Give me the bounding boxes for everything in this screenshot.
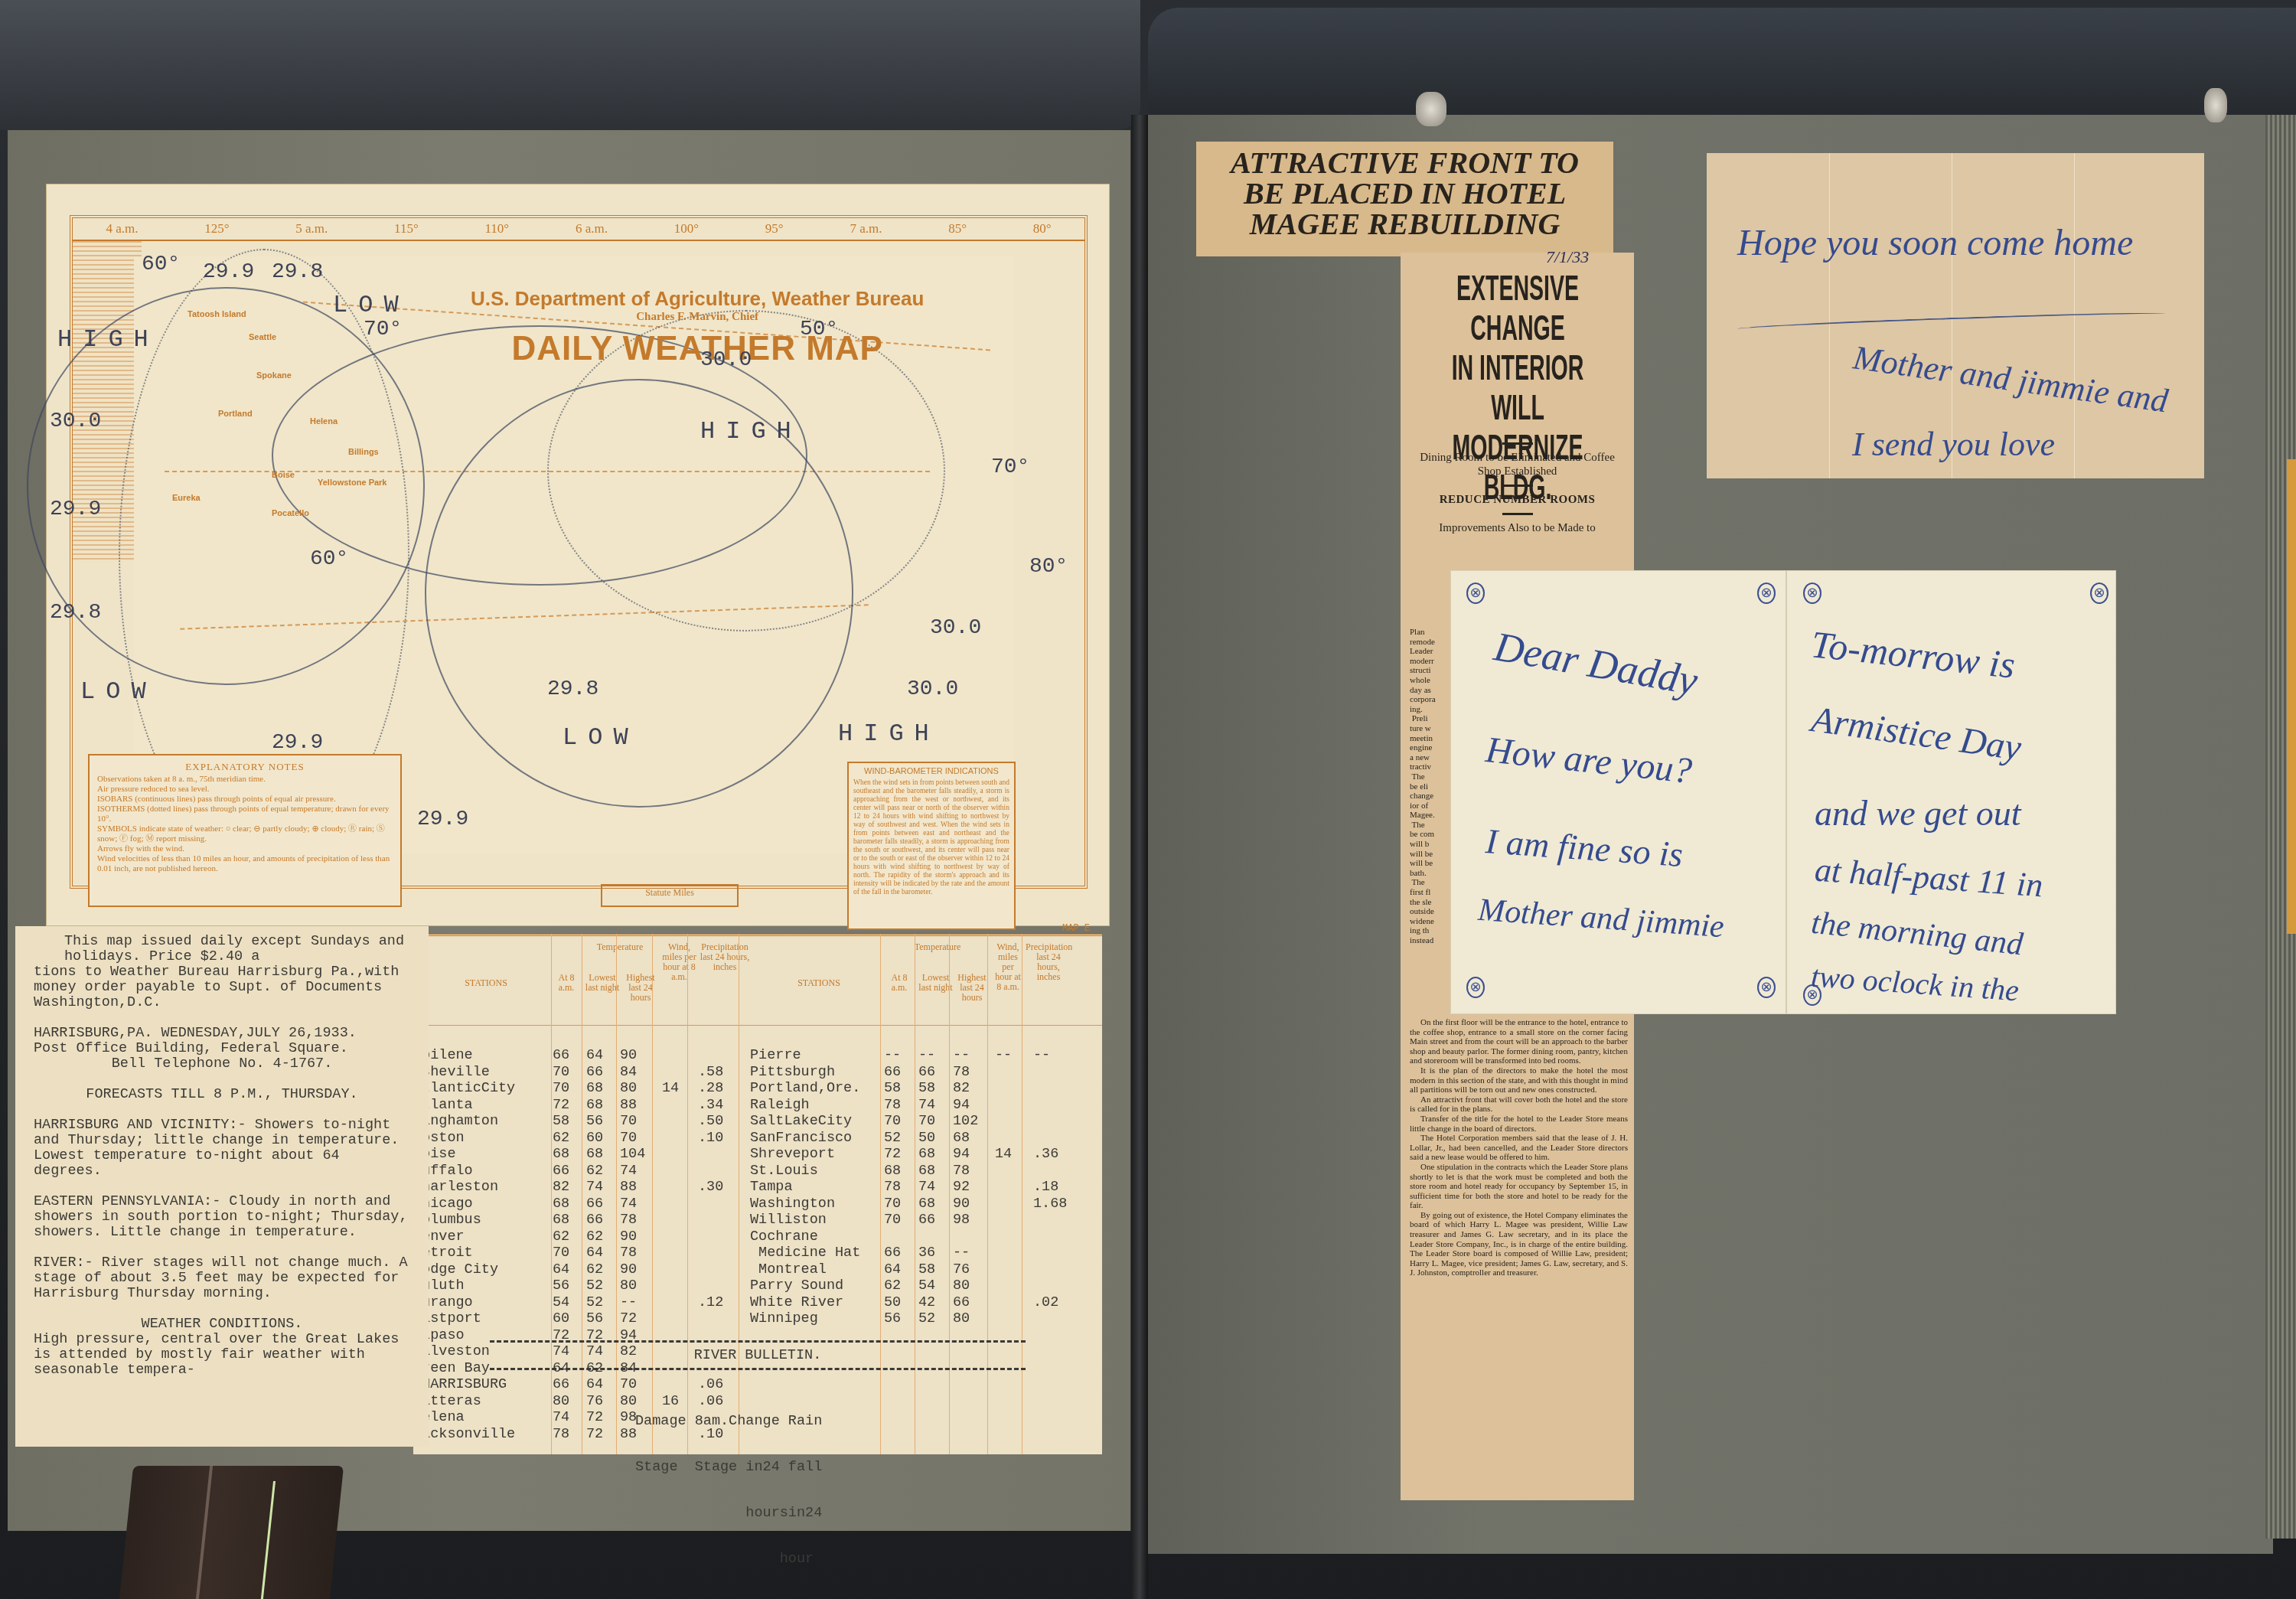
temp-lowest: 62 [586, 1163, 603, 1178]
conditions-header: WEATHER CONDITIONS. [34, 1317, 410, 1332]
wind-speed: 14 [995, 1146, 1012, 1161]
notes-line: Observations taken at 8 a. m., 75th meri… [97, 775, 393, 785]
temp-lowest: -- [918, 1047, 935, 1062]
kiss-mark-icon: ⊗ [1757, 582, 1776, 604]
temp-lowest: 74 [918, 1097, 935, 1112]
temp-lowest: 74 [918, 1179, 935, 1194]
river-bulletin-headers: Damage 8am.Change Rain Stage Stage in24 … [635, 1383, 822, 1597]
note-line: I send you love [1852, 425, 2055, 464]
temp-at-8am: 60 [553, 1310, 569, 1326]
temp-highest: 88 [620, 1097, 637, 1112]
temp-at-8am: 68 [884, 1163, 901, 1178]
temp-highest: 92 [953, 1179, 970, 1194]
temperature-label: 50° [800, 318, 838, 341]
map-title: DAILY WEATHER MAP [471, 330, 924, 368]
temp-at-8am: 70 [553, 1080, 569, 1095]
pressure-label: 29.9 [272, 731, 323, 755]
notes-line: SYMBOLS indicate state of weather: ○ cle… [97, 824, 393, 844]
header-temperature: Temperature [888, 942, 987, 952]
station-name: Medicine Hat [750, 1245, 860, 1260]
weather-map-clipping: 4 a.m. 125° 5 a.m. 115° 110° 6 a.m. 100°… [46, 184, 1110, 926]
temp-lowest: 68 [586, 1080, 603, 1095]
station-observations-table: MAP E STATIONS Temperature At 8 a.m. Low… [413, 934, 1102, 1454]
pressure-label: 29.9 [50, 498, 101, 521]
header-highest: Highest last 24 hours [621, 973, 660, 1003]
scale-label: 85° [948, 221, 967, 237]
article-body: On the first floor will be the entrance … [1410, 1018, 1628, 1278]
forecast-header: FORECASTS TILL 8 P.M., THURSDAY. [34, 1087, 410, 1102]
temp-at-8am: 62 [553, 1130, 569, 1145]
temp-highest: 80 [620, 1080, 637, 1095]
map-time-scale: 4 a.m. 125° 5 a.m. 115° 110° 6 a.m. 100°… [73, 218, 1084, 241]
precipitation: .02 [1033, 1294, 1058, 1310]
scale-label: 100° [674, 221, 699, 237]
pressure-label: 30.0 [930, 616, 981, 640]
temp-at-8am: 68 [553, 1196, 569, 1211]
station-name: Raleigh [750, 1097, 810, 1112]
station-name: Parry Sound [750, 1278, 843, 1293]
temp-highest: 84 [620, 1064, 637, 1079]
city-label: Spokane [256, 371, 292, 380]
temp-at-8am: 82 [553, 1179, 569, 1194]
river-bulletin-title: RIVER BULLETIN. [490, 1347, 1026, 1363]
river-forecast: RIVER:- River stages will not change muc… [34, 1255, 410, 1301]
temp-lowest: 68 [918, 1163, 935, 1178]
note-line: Mother and jimmie [1477, 892, 1726, 945]
temp-highest: 104 [620, 1146, 645, 1161]
eastern-pa-forecast: EASTERN PENNSYLVANIA:- Cloudy in north a… [34, 1194, 410, 1240]
article-paragraph: An attractivt front that will cover both… [1410, 1095, 1628, 1114]
temp-lowest: 62 [586, 1261, 603, 1277]
scale-label: 95° [765, 221, 784, 237]
temperature-label: 70° [364, 318, 402, 341]
temp-highest: 74 [620, 1196, 637, 1211]
pressure-label: 29.8 [272, 260, 323, 284]
temp-highest: 98 [620, 1409, 637, 1424]
statute-miles-scale: Statute Miles [601, 884, 739, 907]
scrapbook-album: 4 a.m. 125° 5 a.m. 115° 110° 6 a.m. 100°… [0, 0, 2296, 1599]
temperature-label: 60° [310, 547, 348, 571]
wind-speed: 14 [662, 1080, 679, 1095]
dashed-rule [490, 1368, 1026, 1370]
river-header-line: Damage 8am.Change Rain [635, 1414, 822, 1429]
low-pressure-label: LOW [563, 723, 639, 752]
fold-line [1786, 571, 1787, 1013]
temp-highest: 66 [953, 1294, 970, 1310]
temp-highest: 94 [953, 1097, 970, 1112]
temp-at-8am: 68 [553, 1212, 569, 1227]
column-rule [880, 934, 881, 1454]
temp-lowest: 36 [918, 1245, 935, 1260]
deck-line: EXTENSIVE CHANGE [1449, 268, 1587, 348]
temp-at-8am: 70 [884, 1212, 901, 1227]
temp-at-8am: 80 [553, 1393, 569, 1408]
map-chief: Charles F. Marvin, Chief [471, 311, 924, 324]
pressure-label: 30.0 [50, 410, 101, 433]
temperature-label: 60° [142, 253, 180, 276]
river-header-line: hoursin24 [635, 1506, 822, 1521]
temp-at-8am: 70 [553, 1245, 569, 1260]
temp-lowest: 52 [586, 1278, 603, 1293]
temp-lowest: 56 [586, 1310, 603, 1326]
precipitation: .58 [698, 1064, 723, 1079]
station-name: Cochrane [750, 1229, 818, 1244]
station-name: Portland,Ore. [750, 1080, 860, 1095]
scale-label: 5 a.m. [295, 221, 328, 237]
precipitation: .34 [698, 1097, 723, 1112]
temp-lowest: 72 [586, 1409, 603, 1424]
temp-lowest: 50 [918, 1130, 935, 1145]
temp-lowest: 66 [586, 1064, 603, 1079]
obscured-column: Plan remode Leader moderr structi whole … [1410, 628, 1448, 946]
city-label: Yellowstone Park [318, 478, 386, 488]
kiss-mark-icon: ⊗ [1803, 582, 1821, 604]
temp-lowest: 66 [586, 1212, 603, 1227]
temp-lowest: 54 [918, 1278, 935, 1293]
precipitation: .10 [698, 1130, 723, 1145]
article-paragraph: Transfer of the title for the hotel to t… [1410, 1114, 1628, 1134]
precipitation: .36 [1033, 1146, 1058, 1161]
column-rule [551, 934, 552, 1454]
handwritten-note-daddy: ⊗ ⊗ ⊗ ⊗ ⊗ ⊗ ⊗ Dear Daddy How are you? I … [1450, 570, 2116, 1014]
column-rule [1022, 934, 1022, 1454]
temp-highest: 68 [953, 1130, 970, 1145]
temp-highest: 90 [953, 1196, 970, 1211]
temp-lowest: 66 [586, 1196, 603, 1211]
station-name: St.Louis [750, 1163, 818, 1178]
note-line: the morning and [1809, 905, 2024, 964]
note-line: at half-past 11 in [1814, 850, 2044, 906]
temp-highest: 90 [620, 1047, 637, 1062]
station-name: Tampa [750, 1179, 793, 1194]
wind-speed: -- [995, 1047, 1012, 1062]
note-line: How are you? [1484, 729, 1694, 792]
temp-lowest: 68 [918, 1196, 935, 1211]
temp-highest: 80 [953, 1310, 970, 1326]
header-stations: STATIONS [429, 978, 543, 988]
temp-highest: 90 [620, 1229, 637, 1244]
city-label: Pocatello [272, 509, 309, 518]
header-at-8am: At 8 a.m. [884, 973, 915, 993]
temp-highest: 90 [620, 1261, 637, 1277]
note-line: Armistice Day [1809, 698, 2024, 769]
station-name: Shreveport [750, 1146, 835, 1161]
precipitation: .12 [698, 1294, 723, 1310]
temp-at-8am: 70 [884, 1196, 901, 1211]
scale-label: 80° [1033, 221, 1052, 237]
note-line: Dear Daddy [1491, 622, 1701, 705]
temp-highest: 102 [953, 1113, 978, 1128]
explanatory-notes-box: EXPLANATORY NOTES Observations taken at … [88, 754, 402, 907]
handwritten-note-home: Hope you soon come home Mother and jimmi… [1707, 153, 2204, 478]
dashed-rule [490, 1340, 1026, 1343]
notes-line: ISOBARS (continuous lines) pass through … [97, 795, 393, 804]
statute-miles-label: Statute Miles [645, 887, 694, 898]
rule [1502, 485, 1533, 487]
temp-at-8am: 74 [553, 1409, 569, 1424]
temp-at-8am: 66 [553, 1376, 569, 1392]
pressure-label: 30.0 [907, 677, 958, 701]
subdeck: Improvements Also to be Made to [1408, 521, 1626, 535]
temp-at-8am: 66 [553, 1163, 569, 1178]
high-pressure-label: HIGH [838, 720, 940, 748]
temp-at-8am: 68 [553, 1146, 569, 1161]
note-line: Mother and jimmie and [1851, 338, 2170, 420]
city-label: Helena [310, 417, 338, 426]
article-paragraph: The Hotel Corporation members said that … [1410, 1134, 1628, 1163]
rule [1502, 442, 1533, 445]
issue-note: This map issued daily except Sundays and… [34, 934, 410, 964]
temp-at-8am: -- [884, 1047, 901, 1062]
precipitation: .50 [698, 1113, 723, 1128]
river-header-line: Stage Stage in24 fall [635, 1460, 822, 1475]
temp-lowest: 70 [918, 1113, 935, 1128]
column-rule [582, 934, 582, 1454]
temp-lowest: 64 [586, 1047, 603, 1062]
station-name: Montreal [750, 1261, 827, 1277]
temp-at-8am: 64 [553, 1261, 569, 1277]
temp-highest: 72 [620, 1310, 637, 1326]
city-label: Billings [348, 448, 379, 457]
city-label: Seattle [249, 333, 276, 342]
precipitation: 1.68 [1033, 1196, 1067, 1211]
station-name: Pittsburgh [750, 1064, 835, 1079]
map-department: U.S. Department of Agriculture, Weather … [471, 287, 924, 311]
temp-lowest: 66 [918, 1212, 935, 1227]
temp-highest: 78 [953, 1064, 970, 1079]
header-precip: Precipitation last 24 hours, inches [1026, 942, 1071, 982]
headline-line: MAGEE REBUILDING [1204, 209, 1606, 240]
typed-forecast-slip: This map issued daily except Sundays and… [15, 926, 429, 1447]
scale-label: 4 a.m. [106, 221, 138, 237]
header-highest: Highest last 24 hours [953, 973, 991, 1003]
article-paragraph: By going out of existence, the Hotel Com… [1410, 1211, 1628, 1278]
temp-lowest: 68 [586, 1097, 603, 1112]
scale-label: 110° [484, 221, 509, 237]
station-name: SaltLakeCity [750, 1113, 852, 1128]
newspaper-headline: ATTRACTIVE FRONT TO BE PLACED IN HOTEL M… [1196, 142, 1613, 256]
temp-highest: 76 [953, 1261, 970, 1277]
precipitation: .18 [1033, 1179, 1058, 1194]
article-subdecks: Dining Room to be Eliminated and Coffee … [1408, 436, 1626, 535]
column-rule [652, 934, 653, 1454]
temp-lowest: 72 [586, 1426, 603, 1441]
headline-line: ATTRACTIVE FRONT TO [1204, 148, 1606, 178]
temp-at-8am: 50 [884, 1294, 901, 1310]
river-header-line: hour [635, 1552, 822, 1567]
temp-at-8am: 66 [884, 1064, 901, 1079]
kiss-mark-icon: ⊗ [1466, 582, 1485, 604]
column-rule [915, 934, 915, 1454]
album-cover-right [1148, 8, 2296, 130]
kiss-mark-icon: ⊗ [1757, 977, 1776, 998]
column-rule [987, 934, 988, 1454]
temp-lowest: 60 [586, 1130, 603, 1145]
precipitation: -- [1033, 1047, 1050, 1062]
map-letter: MAP E [1062, 923, 1090, 934]
column-rule [739, 934, 739, 1454]
temp-lowest: 52 [586, 1294, 603, 1310]
temp-at-8am: 70 [553, 1064, 569, 1079]
binding-string-icon [2204, 88, 2227, 122]
temp-highest: 78 [620, 1245, 637, 1260]
low-pressure-label: LOW [333, 291, 409, 319]
precipitation: .30 [698, 1179, 723, 1194]
temp-at-8am: 64 [884, 1261, 901, 1277]
temp-highest: 80 [620, 1393, 637, 1408]
pressure-label: 29.8 [50, 601, 101, 625]
temp-highest: 78 [620, 1212, 637, 1227]
precipitation: .28 [698, 1080, 723, 1095]
wind-barometer-title: WIND-BAROMETER INDICATIONS [853, 768, 1009, 776]
handwritten-date: 7/1/33 [1546, 247, 1589, 267]
header-stations: STATIONS [773, 978, 865, 988]
temp-at-8am: 70 [884, 1113, 901, 1128]
office-address: Post Office Building, Federal Square. [34, 1041, 410, 1056]
note-line: and we get out [1815, 793, 2021, 834]
temp-lowest: 68 [586, 1146, 603, 1161]
notes-title: EXPLANATORY NOTES [97, 762, 393, 772]
temp-highest: 98 [953, 1212, 970, 1227]
temp-highest: 70 [620, 1130, 637, 1145]
temp-highest: 70 [620, 1376, 637, 1392]
note-line: To-morrow is [1809, 622, 2017, 687]
temp-highest: -- [953, 1245, 970, 1260]
temp-lowest: 62 [586, 1229, 603, 1244]
pressure-label: 29.9 [203, 260, 254, 284]
header-lowest: Lowest last night [918, 973, 953, 993]
harrisburg-forecast: HARRISBURG AND VICINITY:- Showers to-nig… [34, 1118, 410, 1179]
temp-lowest: 64 [586, 1245, 603, 1260]
wind-barometer-box: WIND-BAROMETER INDICATIONS When the wind… [847, 762, 1016, 930]
temp-at-8am: 58 [884, 1080, 901, 1095]
temp-at-8am: 56 [884, 1310, 901, 1326]
header-wind: Wind, miles per hour at 8 a.m. [993, 942, 1023, 992]
temp-at-8am: 78 [884, 1097, 901, 1112]
temp-highest: 94 [953, 1146, 970, 1161]
temp-at-8am: 78 [553, 1426, 569, 1441]
temp-lowest: 76 [586, 1393, 603, 1408]
binding-string-icon [1416, 92, 1446, 126]
conditions-text: High pressure, central over the Great La… [34, 1332, 410, 1378]
map-frame: 4 a.m. 125° 5 a.m. 115° 110° 6 a.m. 100°… [70, 215, 1088, 889]
note-line: I am fine so is [1484, 821, 1684, 875]
high-pressure-label: HIGH [700, 417, 802, 445]
orange-page-tab [2287, 459, 2296, 934]
temp-highest: 88 [620, 1426, 637, 1441]
temp-at-8am: 62 [553, 1229, 569, 1244]
album-gutter [1131, 115, 1148, 1599]
binder-clip-icon [119, 1466, 344, 1599]
temp-highest: -- [620, 1294, 637, 1310]
city-label: Boise [272, 471, 295, 480]
temp-highest: 82 [953, 1080, 970, 1095]
column-rule [616, 934, 617, 1454]
column-rule [687, 934, 688, 1454]
deck-line: IN INTERIOR WILL [1449, 348, 1587, 427]
notes-line: Air pressure reduced to sea level. [97, 785, 393, 795]
temp-at-8am: 58 [553, 1113, 569, 1128]
wind-barometer-text: When the wind sets in from points betwee… [853, 779, 1009, 897]
note-line: Hope you soon come home [1737, 222, 2133, 264]
kiss-mark-icon: ⊗ [2090, 582, 2108, 604]
note-line: two oclock in the [1810, 958, 2020, 1009]
fold-line [1829, 153, 1830, 478]
temp-at-8am: 56 [553, 1278, 569, 1293]
header-at-8am: At 8 a.m. [551, 973, 582, 993]
temp-lowest: 64 [586, 1376, 603, 1392]
notes-line: Wind velocities of less than 10 miles an… [97, 854, 393, 874]
station-name: White River [750, 1294, 843, 1310]
city-label: Tatoosh Island [188, 310, 246, 319]
temp-lowest: 68 [918, 1146, 935, 1161]
article-paragraph: On the first floor will be the entrance … [1410, 1018, 1628, 1066]
temp-at-8am: 66 [884, 1245, 901, 1260]
temp-at-8am: 52 [884, 1130, 901, 1145]
rule [1502, 513, 1533, 515]
temp-lowest: 42 [918, 1294, 935, 1310]
header-wind: Wind, miles per hour at 8 a.m. [662, 942, 696, 982]
table-header: STATIONS Temperature At 8 a.m. Lowest la… [413, 934, 1102, 1026]
notes-line: ISOTHERMS (dotted lines) pass through po… [97, 804, 393, 824]
temp-at-8am: 66 [553, 1047, 569, 1062]
temp-highest: 70 [620, 1113, 637, 1128]
headline-line: BE PLACED IN HOTEL [1204, 178, 1606, 209]
temp-lowest: 74 [586, 1179, 603, 1194]
station-name: Pierre [750, 1047, 801, 1062]
dateline: HARRISBURG,PA. WEDNESDAY,JULY 26,1933. [34, 1026, 410, 1041]
city-label: Portland [218, 410, 253, 419]
scale-label: 125° [204, 221, 229, 237]
article-paragraph: One stipulation in the contracts which t… [1410, 1163, 1628, 1211]
temp-highest: -- [953, 1047, 970, 1062]
office-phone: Bell Telephone No. 4-1767. [34, 1056, 410, 1072]
temp-highest: 80 [953, 1278, 970, 1293]
station-name: Williston [750, 1212, 827, 1227]
temp-at-8am: 62 [884, 1278, 901, 1293]
scale-label: 115° [394, 221, 419, 237]
temp-highest: 78 [953, 1163, 970, 1178]
city-label: Eureka [172, 494, 201, 503]
river-bulletin: RIVER BULLETIN. Damage 8am.Change Rain S… [490, 1336, 1026, 1375]
column-rule [949, 934, 950, 1454]
high-pressure-label: HIGH [57, 325, 159, 354]
map-title-block: U.S. Department of Agriculture, Weather … [471, 287, 924, 368]
temp-at-8am: 54 [553, 1294, 569, 1310]
album-cover-left [0, 0, 1140, 130]
temp-at-8am: 72 [884, 1146, 901, 1161]
low-pressure-label: LOW [80, 677, 157, 706]
scale-label: 6 a.m. [576, 221, 608, 237]
subdeck: REDUCE NUMBER ROOMS [1408, 493, 1626, 507]
kiss-mark-icon: ⊗ [1466, 977, 1485, 998]
pressure-label: 30.0 [700, 348, 752, 372]
article-paragraph: It is the plan of the directors to make … [1410, 1066, 1628, 1095]
temp-lowest: 66 [918, 1064, 935, 1079]
temp-lowest: 58 [918, 1080, 935, 1095]
temperature-label: 70° [991, 455, 1029, 479]
station-name: SanFrancisco [750, 1130, 852, 1145]
header-precip: Precipitation last 24 hours, inches [698, 942, 752, 972]
pressure-label: 29.9 [417, 808, 468, 831]
issue-note-continued: tions to Weather Bureau Harrisburg Pa.,w… [34, 964, 410, 1010]
station-name: Winnipeg [750, 1310, 818, 1326]
temp-highest: 80 [620, 1278, 637, 1293]
temp-lowest: 52 [918, 1310, 935, 1326]
temp-lowest: 56 [586, 1113, 603, 1128]
temp-at-8am: 72 [553, 1097, 569, 1112]
temp-lowest: 58 [918, 1261, 935, 1277]
